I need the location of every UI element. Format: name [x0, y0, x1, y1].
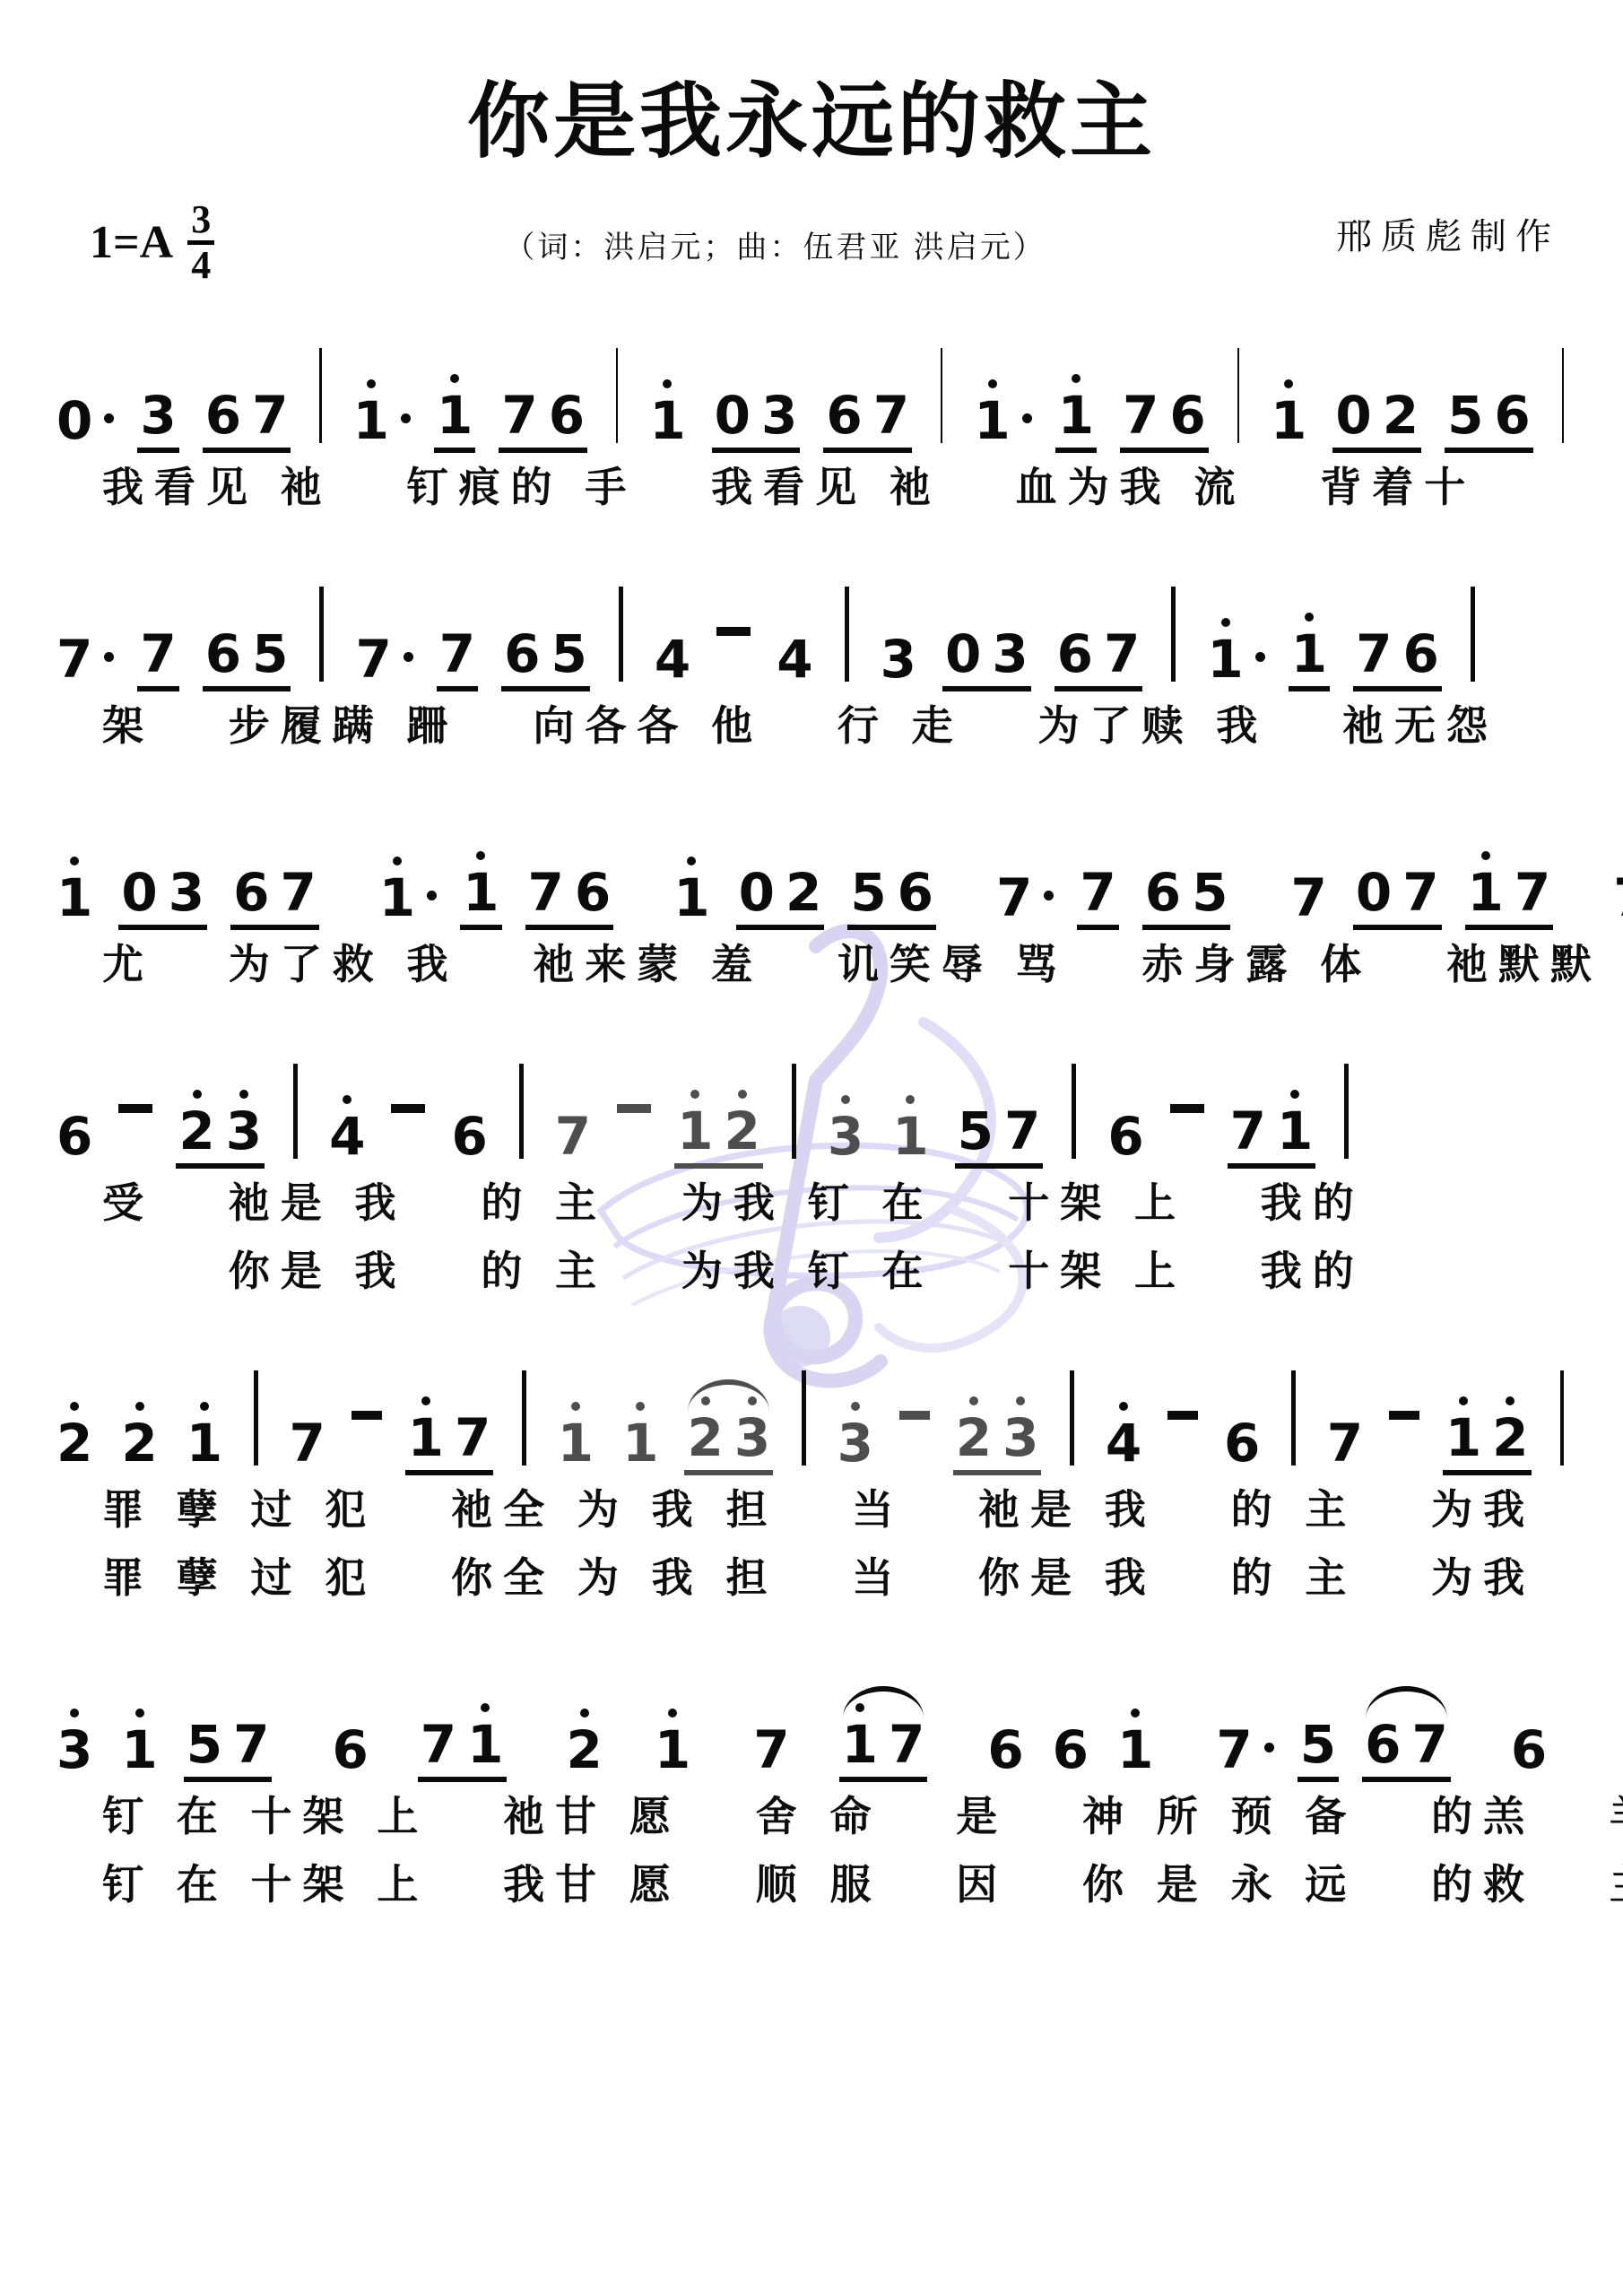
- duration-dash: [899, 1411, 930, 1420]
- note-token: 7: [352, 615, 412, 691]
- note-token: 23: [953, 1394, 1042, 1475]
- lyrics-line: 我看见 祂 钉痕的 手 我看见 祂 血为我 流 背着十: [54, 453, 1569, 521]
- note: 6: [451, 1110, 487, 1162]
- augmentation-dot: [1255, 631, 1265, 683]
- augmentation-dot: [1044, 869, 1054, 921]
- lyrics-line: 罪 孽 过 犯 祂全 为 我 担 当 祂是 我 的 主 为我: [54, 1475, 1569, 1544]
- note-token: 7: [1324, 1399, 1366, 1475]
- note-high-octave: 1: [408, 1412, 444, 1464]
- note: 3: [140, 389, 176, 441]
- note-token: 1: [377, 854, 437, 930]
- augmentation-dot: [1022, 392, 1032, 444]
- notation-line: 7765776544303671176: [54, 577, 1569, 691]
- note: 7: [355, 633, 391, 685]
- barline: [802, 1370, 805, 1465]
- note-token: 76: [499, 371, 587, 453]
- system: 221717112332346712罪 孽 过 犯 祂全 为 我 担 当 祂是 …: [54, 1361, 1569, 1612]
- note: 0: [1335, 389, 1371, 441]
- note-token: 23: [176, 1087, 265, 1169]
- note: 6: [549, 389, 585, 441]
- note-token: 23: [684, 1394, 773, 1475]
- note-high-octave: 2: [1492, 1412, 1528, 1464]
- note-token: 1: [971, 377, 1031, 453]
- note-high-octave: 1: [353, 395, 389, 447]
- augmentation-dot: [401, 392, 411, 444]
- note-high-octave: 1: [622, 1417, 658, 1469]
- note-token: 12: [1443, 1394, 1532, 1475]
- notation-line: 0367117610367117610256: [54, 338, 1569, 453]
- time-signature: 3 4: [187, 199, 214, 286]
- note-high-octave: 1: [467, 1718, 503, 1770]
- duration-dash: [1167, 1411, 1198, 1420]
- notation-line: 221717112332346712: [54, 1361, 1569, 1475]
- augmentation-dot: [104, 392, 114, 444]
- barline: [1070, 1370, 1073, 1465]
- note-token: 17: [839, 1700, 928, 1782]
- lyrics-line: 尤 为了救 我 祂来蒙 羞 讥笑辱 骂 赤身露 体 祂默默 承: [54, 930, 1569, 998]
- note-high-octave: 1: [1271, 395, 1306, 447]
- note-high-octave: 2: [567, 1724, 603, 1776]
- note: 7: [233, 1718, 269, 1770]
- note-token: 1: [1204, 615, 1264, 691]
- note: 0: [739, 866, 775, 918]
- barline: [1560, 1370, 1564, 1465]
- note: 7: [1080, 866, 1115, 918]
- note-token: 1: [620, 1399, 661, 1475]
- note-high-octave: 3: [56, 1724, 92, 1776]
- note-token: 7: [994, 854, 1054, 930]
- note: 5: [1192, 866, 1228, 918]
- note-token: 6: [54, 1092, 95, 1169]
- note: 7: [873, 389, 909, 441]
- note-token: 3: [825, 1092, 866, 1169]
- note: 7: [889, 1718, 924, 1770]
- note: 7: [1104, 628, 1140, 680]
- note-high-octave: 3: [828, 1110, 864, 1162]
- duration-dash: [391, 1104, 425, 1113]
- note-token: 1: [1115, 1706, 1156, 1782]
- barline: [1562, 348, 1564, 443]
- note: 7: [140, 628, 176, 680]
- note-token: 7: [1610, 854, 1623, 930]
- note-high-octave: 1: [655, 1724, 690, 1776]
- note-token: 1: [460, 848, 501, 930]
- duration-dash: [716, 627, 751, 636]
- note: 7: [56, 633, 92, 685]
- note: 7: [1290, 872, 1326, 924]
- note-token: 3: [54, 1706, 95, 1782]
- note-token: 1: [1268, 377, 1309, 453]
- note-high-octave: 1: [673, 872, 709, 924]
- note: 7: [280, 866, 316, 918]
- note-token: 7: [287, 1399, 328, 1475]
- note: 3: [992, 628, 1028, 680]
- note-token: 7: [1077, 848, 1118, 930]
- key-prefix: 1=A: [90, 216, 173, 269]
- note-token: 1: [54, 854, 95, 930]
- note: 5: [252, 628, 288, 680]
- note: 0: [1356, 866, 1392, 918]
- note-high-octave: 1: [463, 866, 499, 918]
- note: 7: [555, 1110, 591, 1162]
- note: 7: [753, 1724, 789, 1776]
- note-token: 2: [118, 1399, 160, 1475]
- note: 6: [898, 866, 933, 918]
- note-token: 7: [137, 610, 178, 691]
- note-token: 57: [955, 1087, 1044, 1169]
- note: 7: [1230, 1105, 1266, 1157]
- note: 7: [421, 1718, 456, 1770]
- note-high-octave: 1: [1117, 1724, 1153, 1776]
- note: 6: [1169, 389, 1205, 441]
- barline: [792, 1064, 796, 1159]
- note: 4: [655, 633, 690, 685]
- note: 6: [1365, 1718, 1401, 1770]
- key-signature: 1=A 3 4: [90, 199, 214, 286]
- note: 3: [761, 389, 797, 441]
- note-high-octave: 1: [187, 1417, 222, 1469]
- note: 7: [1004, 1105, 1040, 1157]
- augmentation-dot: [427, 869, 437, 921]
- note-token: 67: [1055, 610, 1143, 691]
- sheet-music-page: 你是我永远的救主 1=A 3 4 （词：洪启元；曲：伍君亚 洪启元） 邢质彪制作…: [0, 0, 1623, 2296]
- barline: [522, 1370, 525, 1465]
- note-token: 65: [501, 610, 590, 691]
- note-token: 6: [1221, 1399, 1263, 1475]
- note: 7: [996, 872, 1032, 924]
- duration-dash: [617, 1104, 651, 1113]
- note-token: 1: [434, 371, 475, 453]
- note-token: 6: [1508, 1706, 1549, 1782]
- note-token: 4: [326, 1092, 368, 1169]
- note-token: 4: [1103, 1399, 1144, 1475]
- note-high-octave: 2: [956, 1412, 992, 1464]
- barline: [1171, 587, 1176, 682]
- note-token: 02: [1332, 371, 1421, 453]
- note-token: 12: [674, 1087, 763, 1169]
- note-token: 65: [1142, 848, 1231, 930]
- note-high-octave: 1: [437, 389, 473, 441]
- note-high-octave: 1: [1058, 389, 1094, 441]
- note-high-octave: 1: [379, 872, 415, 924]
- note: 6: [233, 866, 269, 918]
- note: 7: [1402, 866, 1438, 918]
- note-token: 1: [647, 377, 688, 453]
- lyrics-line: 钉 在 十架 上 我甘 愿 顺 服 因 你 是 永 远 的救 主: [54, 1850, 1569, 1918]
- note: 5: [1300, 1718, 1336, 1770]
- augmentation-dot: [1264, 1721, 1274, 1773]
- note-high-octave: 3: [226, 1105, 262, 1157]
- score: 0367117610367117610256我看见 祂 钉痕的 手 我看见 祂 …: [0, 286, 1623, 1918]
- note: 6: [1511, 1724, 1547, 1776]
- note-token: 56: [847, 848, 936, 930]
- note: 6: [504, 628, 540, 680]
- note: 7: [439, 628, 475, 680]
- barline: [319, 348, 321, 443]
- note-high-octave: 1: [677, 1105, 713, 1157]
- notation-line: 103671176102567765707177: [54, 815, 1569, 930]
- note-token: 57: [184, 1700, 273, 1782]
- system: 31576712171766175676钉 在 十架 上 祂甘 愿 舍 命 是 …: [54, 1667, 1569, 1918]
- note-token: 76: [525, 848, 614, 930]
- note-high-octave: 1: [1291, 628, 1327, 680]
- note-high-octave: 1: [892, 1110, 928, 1162]
- note: 0: [715, 389, 751, 441]
- note-high-octave: 1: [121, 1724, 157, 1776]
- barline: [941, 348, 942, 443]
- note: 7: [455, 1412, 490, 1464]
- notation-line: 31576712171766175676: [54, 1667, 1569, 1782]
- note: 6: [1145, 866, 1181, 918]
- note: 7: [1356, 628, 1392, 680]
- note-token: 6: [329, 1706, 370, 1782]
- note: 7: [501, 389, 537, 441]
- barline: [619, 587, 623, 682]
- note-token: 5: [1298, 1700, 1339, 1782]
- note: 6: [826, 389, 862, 441]
- note-token: 3: [835, 1399, 876, 1475]
- note-high-octave: 1: [974, 395, 1010, 447]
- barline: [254, 1370, 257, 1465]
- barline: [1344, 1064, 1349, 1159]
- note-token: 02: [736, 848, 825, 930]
- note-high-octave: 3: [1002, 1412, 1038, 1464]
- note: 3: [881, 633, 916, 685]
- barline: [1237, 348, 1239, 443]
- note: 5: [958, 1105, 994, 1157]
- maker-credit: 邢质彪制作: [1336, 199, 1560, 259]
- note-high-octave: 1: [1277, 1105, 1313, 1157]
- note: 6: [56, 1110, 92, 1162]
- note-token: 1: [351, 377, 411, 453]
- meta-row: 1=A 3 4 （词：洪启元；曲：伍君亚 洪启元） 邢质彪制作: [0, 174, 1623, 286]
- note-token: 1: [1289, 610, 1330, 691]
- barline: [1471, 587, 1475, 682]
- note-token: 0: [54, 377, 114, 453]
- note-token: 1: [652, 1706, 693, 1782]
- note-token: 6: [1050, 1706, 1091, 1782]
- note-token: 67: [203, 371, 291, 453]
- note: 6: [1224, 1417, 1260, 1469]
- note-token: 3: [878, 615, 919, 691]
- note-token: 7: [437, 610, 478, 691]
- note-high-octave: 3: [838, 1417, 873, 1469]
- note-high-octave: 1: [649, 395, 685, 447]
- note-token: 1: [890, 1092, 931, 1169]
- note-token: 1: [1055, 371, 1097, 453]
- note-token: 03: [712, 371, 801, 453]
- note-token: 56: [1445, 371, 1533, 453]
- note: 5: [1447, 389, 1483, 441]
- note-high-octave: 1: [1468, 866, 1504, 918]
- duration-dash: [352, 1411, 382, 1420]
- note-high-octave: 2: [725, 1105, 760, 1157]
- barline: [519, 1064, 524, 1159]
- duration-dash: [1389, 1411, 1419, 1420]
- note-token: 67: [823, 371, 912, 453]
- note-token: 1: [118, 1706, 160, 1782]
- augmentation-dot: [104, 631, 114, 683]
- note-token: 2: [564, 1706, 605, 1782]
- time-numerator: 3: [187, 199, 214, 245]
- barline: [319, 587, 324, 682]
- augmentation-dot: [404, 631, 413, 683]
- note-token: 7: [1213, 1706, 1273, 1782]
- note-token: 65: [203, 610, 291, 691]
- note-high-octave: 1: [1207, 633, 1243, 685]
- lyrics-line: 钉 在 十架 上 祂甘 愿 舍 命 是 神 所 预 备 的羔 羊: [54, 1782, 1569, 1850]
- note: 6: [1053, 1724, 1089, 1776]
- barline: [1291, 1370, 1295, 1465]
- note-token: 7: [1288, 854, 1329, 930]
- note-token: 67: [230, 848, 319, 930]
- note: 6: [1107, 1110, 1143, 1162]
- lyrics-line: 架 步履蹒 跚 向各各 他 行 走 为了赎 我 祂无怨: [54, 691, 1569, 760]
- note-token: 76: [1120, 371, 1209, 453]
- note-token: 71: [1228, 1087, 1316, 1169]
- note-high-octave: 2: [56, 1417, 92, 1469]
- barline: [1072, 1064, 1076, 1159]
- lyrics-line: 受 祂是 我 的 主 为我 钉 在 十架 上 我的: [54, 1169, 1569, 1237]
- note-high-octave: 4: [1106, 1417, 1141, 1469]
- note-high-octave: 1: [1445, 1412, 1481, 1464]
- note-high-octave: 2: [687, 1412, 723, 1464]
- note-token: 7: [751, 1706, 792, 1782]
- note-token: 03: [942, 610, 1031, 691]
- note-high-octave: 2: [178, 1105, 214, 1157]
- note-high-octave: 4: [329, 1110, 365, 1162]
- note-high-octave: 1: [56, 872, 92, 924]
- note: 7: [1123, 389, 1159, 441]
- note: 5: [187, 1718, 222, 1770]
- note: 2: [785, 866, 821, 918]
- note: 6: [987, 1724, 1023, 1776]
- page-title: 你是我永远的救主: [0, 0, 1623, 174]
- note-high-octave: 1: [842, 1718, 878, 1770]
- note: 0: [56, 395, 92, 447]
- note-token: 7: [552, 1092, 594, 1169]
- note: 7: [1411, 1718, 1447, 1770]
- note: 7: [1515, 866, 1550, 918]
- note: 0: [121, 866, 157, 918]
- duration-dash: [118, 1104, 152, 1113]
- note: 5: [850, 866, 886, 918]
- duration-dash: [1170, 1104, 1204, 1113]
- note-token: 6: [985, 1706, 1026, 1782]
- barline: [293, 1064, 298, 1159]
- system: 623467123157671受 祂是 我 的 主 为我 钉 在 十架 上 我的…: [54, 1054, 1569, 1305]
- credits: （词：洪启元；曲：伍君亚 洪启元）: [504, 199, 1046, 266]
- lyrics-line: 罪 孽 过 犯 你全 为 我 担 当 你是 我 的 主 为我: [54, 1544, 1569, 1612]
- note: 6: [1402, 628, 1438, 680]
- note-token: 4: [774, 615, 815, 691]
- barline: [845, 587, 849, 682]
- note: 6: [205, 389, 241, 441]
- note: 6: [1494, 389, 1530, 441]
- note: 0: [945, 628, 981, 680]
- note-high-octave: 1: [558, 1417, 594, 1469]
- note-token: 76: [1353, 610, 1442, 691]
- note-token: 1: [184, 1399, 225, 1475]
- note: 3: [169, 866, 204, 918]
- note: 7: [290, 1417, 325, 1469]
- note: 4: [777, 633, 812, 685]
- note-high-octave: 2: [121, 1417, 157, 1469]
- note: 7: [252, 389, 288, 441]
- note-token: 17: [405, 1394, 494, 1475]
- note-token: 17: [1465, 848, 1554, 930]
- barline: [616, 348, 618, 443]
- note-token: 1: [555, 1399, 596, 1475]
- system: 103671176102567765707177尤 为了救 我 祂来蒙 羞 讥笑…: [54, 815, 1569, 998]
- time-denominator: 4: [191, 245, 211, 286]
- note-high-octave: 3: [734, 1412, 770, 1464]
- lyrics-line: 你是 我 的 主 为我 钉 在 十架 上 我的: [54, 1237, 1569, 1305]
- note-token: 71: [418, 1700, 507, 1782]
- note: 6: [332, 1724, 368, 1776]
- note-token: 1: [671, 854, 712, 930]
- note-token: 3: [137, 371, 178, 453]
- note-token: 67: [1362, 1700, 1451, 1782]
- note: 7: [528, 866, 564, 918]
- note: 5: [551, 628, 587, 680]
- note-token: 2: [54, 1399, 95, 1475]
- note: 6: [205, 628, 241, 680]
- note: 7: [1613, 872, 1623, 924]
- note: 6: [575, 866, 611, 918]
- note-token: 6: [448, 1092, 490, 1169]
- note-token: 4: [652, 615, 693, 691]
- system: 7765776544303671176架 步履蹒 跚 向各各 他 行 走 为了赎…: [54, 577, 1569, 760]
- note: 2: [1383, 389, 1419, 441]
- note-token: 7: [54, 615, 114, 691]
- note: 7: [1216, 1724, 1252, 1776]
- system: 0367117610367117610256我看见 祂 钉痕的 手 我看见 祂 …: [54, 338, 1569, 521]
- notation-line: 623467123157671: [54, 1054, 1569, 1169]
- note-token: 03: [118, 848, 207, 930]
- note: 6: [1057, 628, 1093, 680]
- note-token: 6: [1105, 1092, 1146, 1169]
- note-token: 07: [1353, 848, 1442, 930]
- note: 7: [1327, 1417, 1363, 1469]
